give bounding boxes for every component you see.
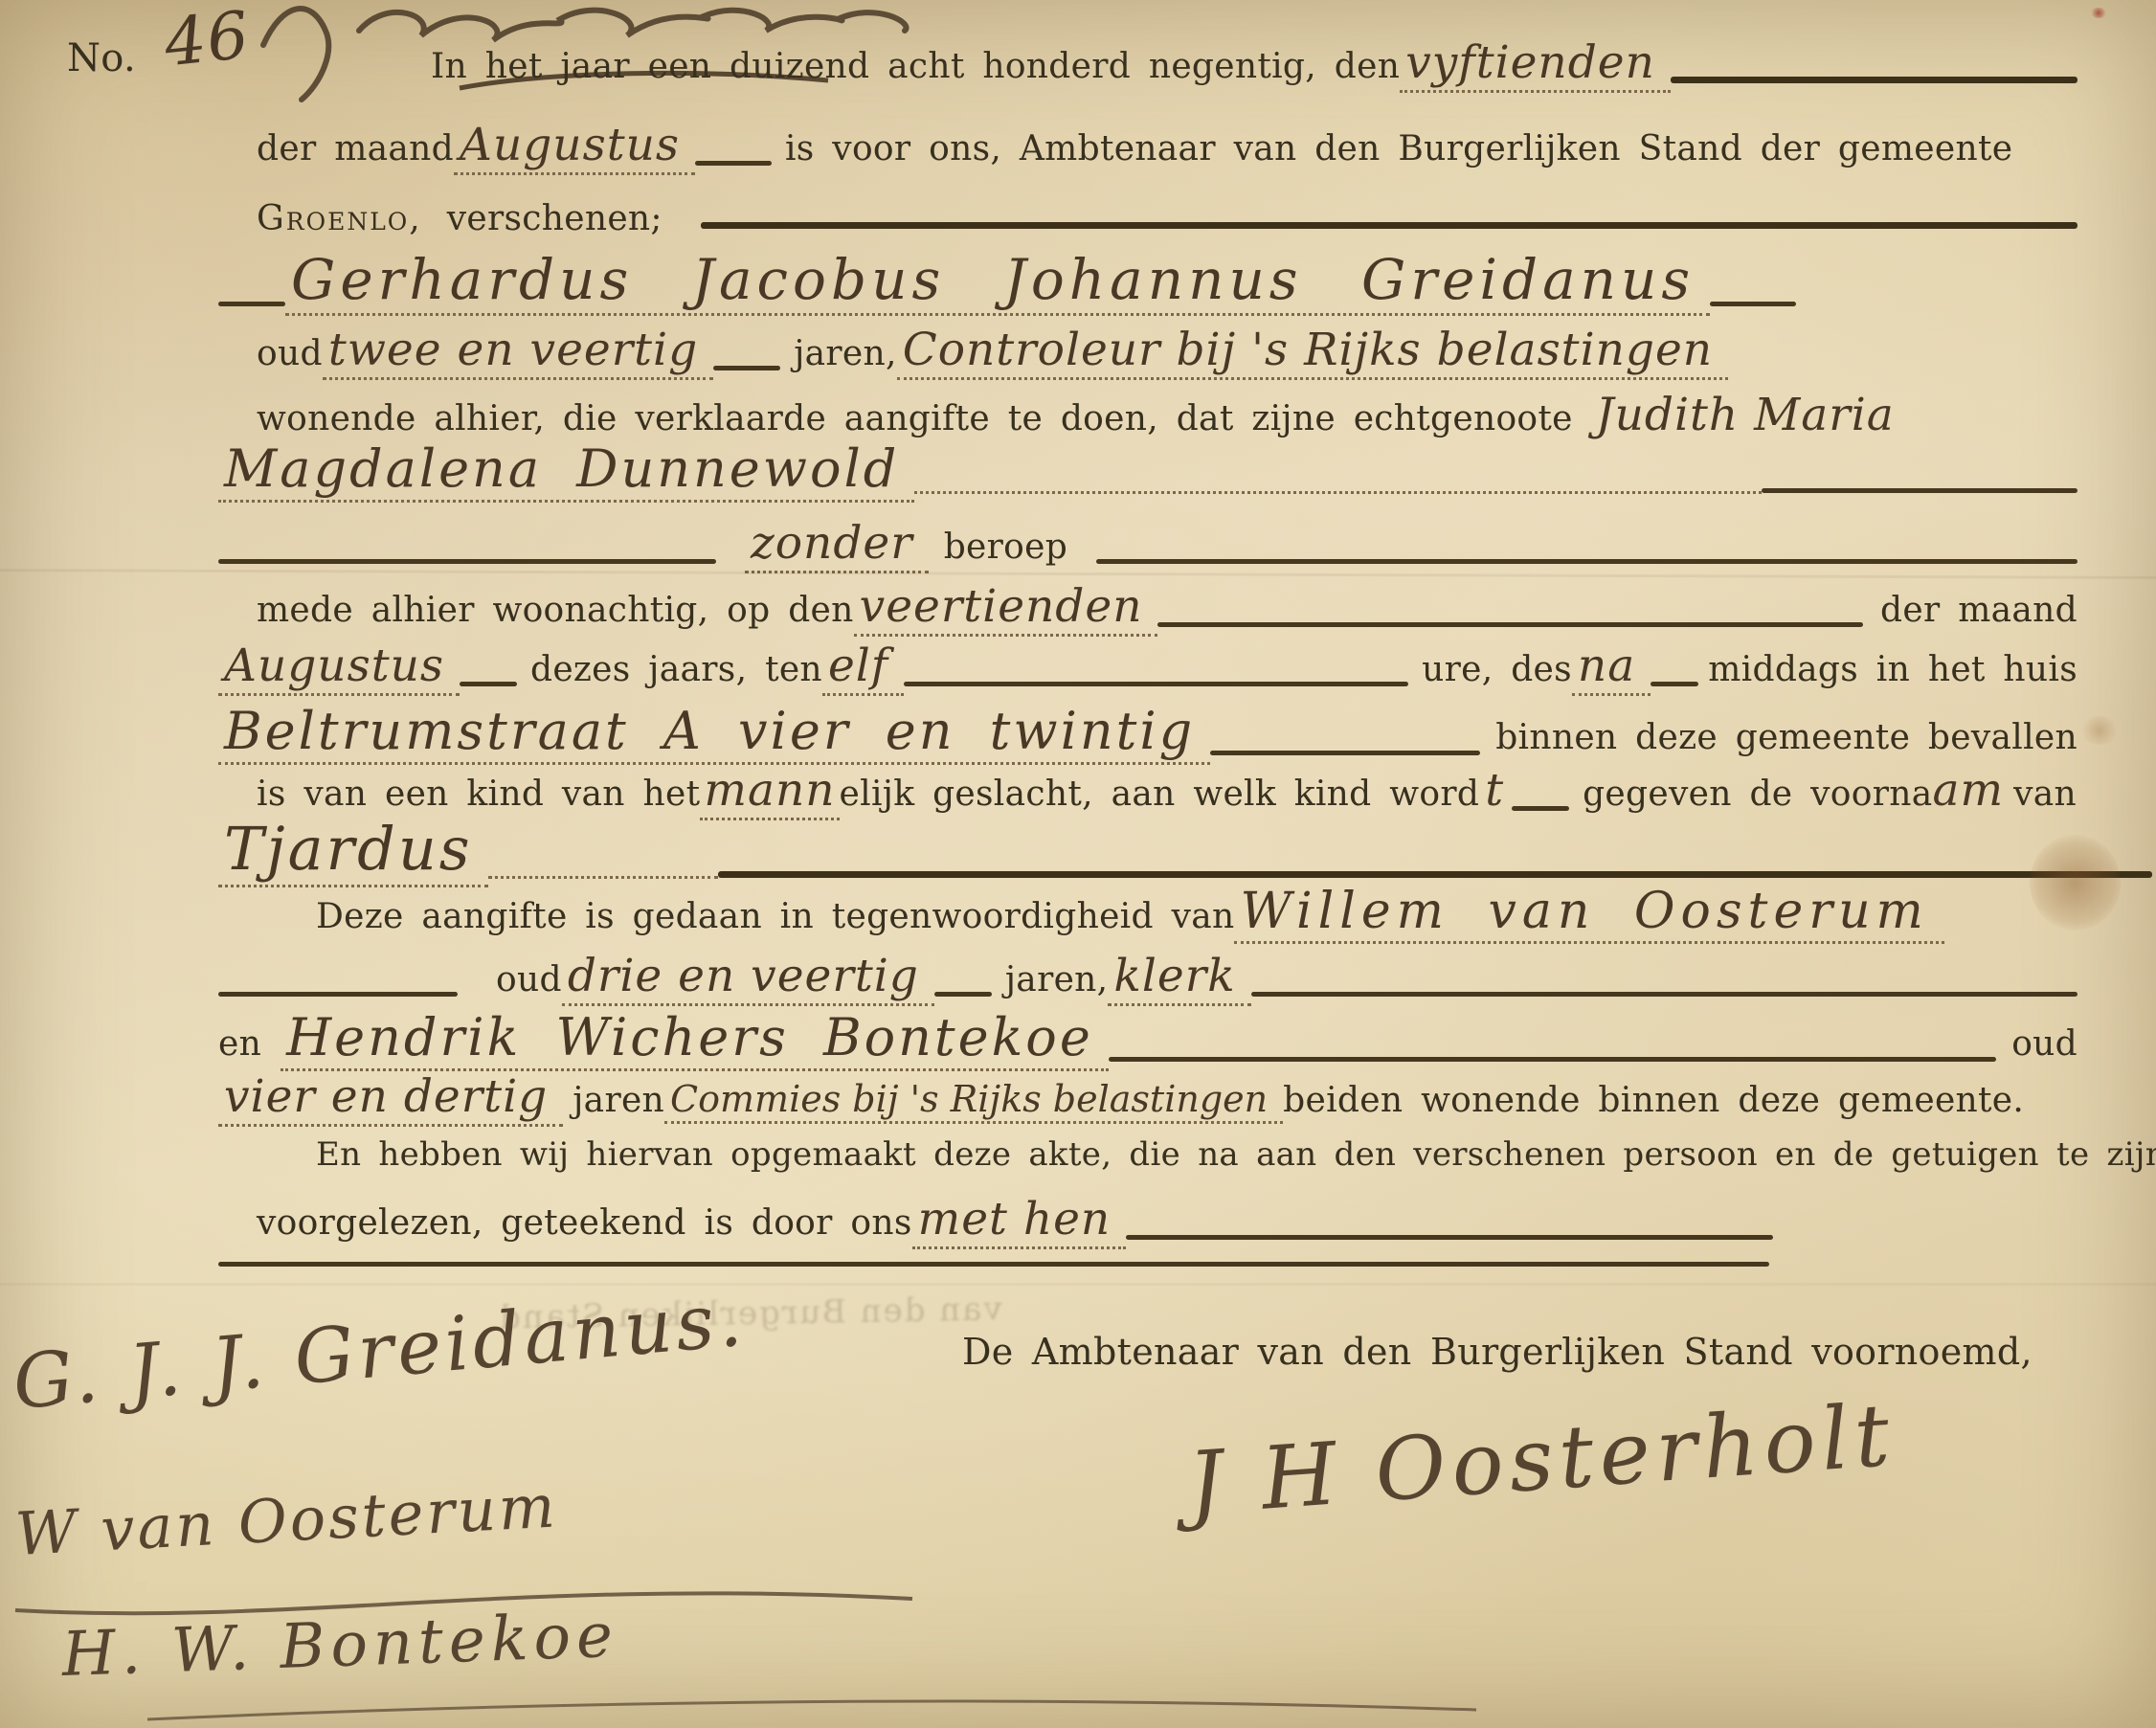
hw-witness1-name: Willem van Oosterum xyxy=(1234,883,1943,944)
birth-certificate-document: No. 46 In het jaar een duizend acht hond… xyxy=(0,0,2156,1728)
printed-op-den: mede alhier woonachtig, op den xyxy=(257,591,854,630)
signature-flourish xyxy=(144,1696,1484,1725)
printed-geslacht: elijk geslacht, aan welk kind word xyxy=(840,774,1480,814)
hw-day: vyftienden xyxy=(1400,36,1671,93)
printed-dezes-jaars: dezes jaars, ten xyxy=(530,650,822,689)
blank-line xyxy=(1126,1235,1773,1240)
blank-line xyxy=(718,871,2152,878)
line-declarant-name: Gerhardus Jacobus Johannus Greidanus xyxy=(218,247,2077,316)
printed-oud: oud xyxy=(257,334,323,373)
line-birth-day: mede alhier woonachtig, op den veertiend… xyxy=(257,580,2077,637)
hw-mother-occupation: zonder xyxy=(745,517,929,573)
printed-jaren: jaren, xyxy=(794,334,897,373)
hw-mother-name-2: Magdalena Dunnewold xyxy=(218,438,914,503)
line-birth-time: Augustus dezes jaars, ten elf ure, des n… xyxy=(218,640,2077,696)
printed-official-title: De Ambtenaar van den Burgerlijken Stand … xyxy=(962,1331,2032,1373)
line-closing-2: voorgelezen, geteekend is door ons met h… xyxy=(257,1193,1773,1249)
hw-month: Augustus xyxy=(454,119,695,175)
printed-kind-van-het: is van een kind van het xyxy=(257,774,700,814)
blank-line xyxy=(218,992,458,997)
line-declaration: wonende alhier, die verklaarde aangifte … xyxy=(257,389,2077,441)
printed-opgemaakt: En hebben wij hiervan opgemaakt deze akt… xyxy=(316,1135,2156,1174)
line-official: De Ambtenaar van den Burgerlijken Stand … xyxy=(962,1331,2032,1373)
printed-der-maand: der maand xyxy=(257,129,454,168)
hw-declarant-occupation: Controleur bij 's Rijks belastingen xyxy=(897,324,1728,380)
blank-line xyxy=(1251,992,2077,997)
line-declarant-age: oud twee en veertig jaren, Controleur bi… xyxy=(257,324,2077,380)
hw-birth-house: Beltrumstraat A vier en twintig xyxy=(218,701,1210,765)
blank-line xyxy=(934,992,992,997)
blank-line xyxy=(1671,77,2077,83)
blank-line xyxy=(1210,751,1480,755)
ink-stain xyxy=(2079,716,2120,745)
blank-line xyxy=(701,222,2077,229)
signature-registrar: J H Oosterholt xyxy=(1185,1385,1898,1535)
hw-birth-hour: elf xyxy=(822,640,904,696)
red-speck xyxy=(2091,8,2106,18)
line-witness1: Deze aangifte is gedaan in tegenwoordigh… xyxy=(316,883,2118,944)
line-year: In het jaar een duizend acht honderd neg… xyxy=(431,36,2077,93)
blank-line xyxy=(1512,806,1569,811)
hw-birth-day: veertienden xyxy=(854,580,1158,637)
printed-oud-2: oud xyxy=(496,960,562,999)
line-mother-name: Magdalena Dunnewold xyxy=(218,438,2077,503)
blank-line xyxy=(695,161,772,166)
line-child-name: Tjardus xyxy=(218,814,2152,887)
line-witness1-age: oud drie en veertig jaren, klerk xyxy=(218,950,2077,1006)
printed-echtgenoote: wonende alhier, die verklaarde aangifte … xyxy=(257,399,1573,438)
line-mother-occupation: zonder beroep xyxy=(218,517,2077,573)
hw-declarant-age: twee en veertig xyxy=(323,324,713,380)
printed-beiden: beiden wonende binnen deze gemeente. xyxy=(1283,1081,2024,1120)
blank-line xyxy=(1762,488,2077,493)
hw-child-name: Tjardus xyxy=(218,814,488,887)
line-gender: is van een kind van het mann elijk gesla… xyxy=(257,764,2118,820)
blank-line xyxy=(460,682,517,686)
hw-birth-month: Augustus xyxy=(218,640,460,696)
hw-word-suffix: t xyxy=(1485,764,1504,817)
hw-signed-with: met hen xyxy=(912,1193,1127,1249)
printed-verschenen: verschenen; xyxy=(447,199,663,238)
record-number-value: 46 xyxy=(161,0,253,81)
hw-witness2-occupation: Commies bij 's Rijks belastingen xyxy=(664,1078,1283,1124)
hw-gender-prefix: mann xyxy=(700,764,839,820)
printed-jaren-3: jaren xyxy=(573,1081,664,1120)
blank-line xyxy=(1109,1057,1996,1062)
blank-line xyxy=(218,559,716,564)
printed-jaren-2: jaren, xyxy=(1005,960,1109,999)
line-witness2: en Hendrik Wichers Bontekoe oud xyxy=(218,1007,2077,1071)
printed-beroep: beroep xyxy=(944,527,1067,567)
blank-line xyxy=(1651,682,1698,686)
hw-mother-name-1: Judith Maria xyxy=(1596,389,1895,441)
signature-declarant: G. J. J. Greidanus. xyxy=(10,1276,749,1426)
printed-oud-3: oud xyxy=(2011,1024,2077,1064)
hw-witness2-name: Hendrik Wichers Bontekoe xyxy=(281,1007,1109,1071)
line-closing-1: En hebben wij hiervan opgemaakt deze akt… xyxy=(316,1135,2118,1174)
dotted-line xyxy=(488,876,718,879)
hw-witness1-occupation: klerk xyxy=(1108,950,1250,1006)
blank-line xyxy=(904,682,1408,686)
hw-witness1-age: drie en veertig xyxy=(562,950,934,1006)
signature-witness1: W van Oosterum xyxy=(13,1470,559,1569)
printed-en: en xyxy=(218,1024,261,1064)
printed-tegenwoordigheid: Deze aangifte is gedaan in tegenwoordigh… xyxy=(316,897,1234,936)
blank-line xyxy=(218,302,285,306)
printed-ure-des: ure, des xyxy=(1422,650,1572,689)
hw-meridiem: na xyxy=(1572,640,1651,696)
paper-crease xyxy=(0,1283,2156,1286)
printed-voornaam: gegeven de voorna xyxy=(1583,774,1932,814)
blank-line xyxy=(1710,302,1796,306)
blank-line xyxy=(1096,559,2077,564)
line-month: der maand Augustus is voor ons, Ambtenaa… xyxy=(257,119,2077,175)
dotted-line xyxy=(914,491,1762,494)
printed-bevallen: binnen deze gemeente bevallen xyxy=(1495,718,2077,757)
printed-van: van xyxy=(2013,774,2077,814)
line-gemeente: Groenlo, verschenen; xyxy=(257,199,2077,238)
hw-declarant-name: Gerhardus Jacobus Johannus Greidanus xyxy=(285,247,1710,316)
printed-ambtenaar: is voor ons, Ambtenaar van den Burgerlij… xyxy=(785,129,2012,168)
printed-der-maand-2: der maand xyxy=(1880,591,2077,630)
separator-rule xyxy=(218,1262,1769,1267)
printed-year-text: In het jaar een duizend acht honderd neg… xyxy=(431,47,1400,86)
record-number-label: No. xyxy=(67,36,136,80)
printed-groenlo: Groenlo, xyxy=(257,199,422,238)
line-birth-house: Beltrumstraat A vier en twintig binnen d… xyxy=(218,701,2077,765)
hw-witness2-age: vier en dertig xyxy=(218,1070,563,1127)
line-witness2-age: vier en dertig jaren Commies bij 's Rijk… xyxy=(218,1070,2077,1127)
printed-voorgelezen: voorgelezen, geteekend is door ons xyxy=(257,1203,912,1243)
blank-line xyxy=(1157,622,1863,627)
printed-middags: middags in het huis xyxy=(1708,650,2077,689)
blank-line xyxy=(713,366,780,370)
hw-voornaam-suffix: am xyxy=(1933,764,2005,817)
